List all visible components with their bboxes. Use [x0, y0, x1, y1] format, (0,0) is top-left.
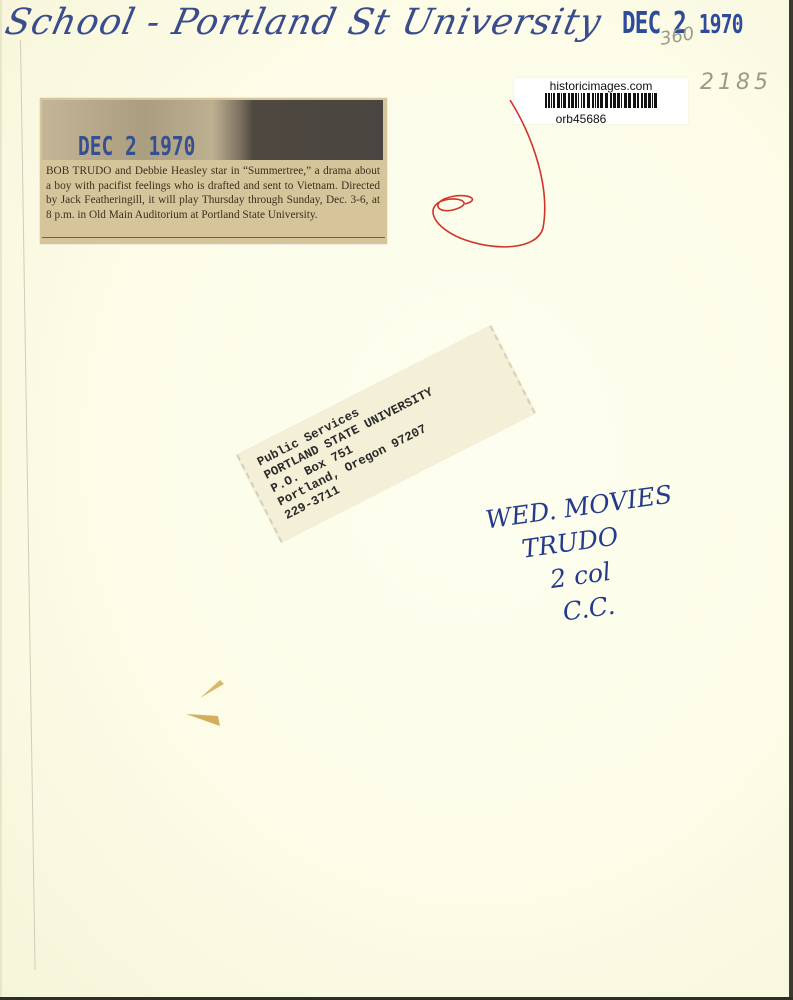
- clipping-caption: BOB TRUDO and Debbie Heasley star in “Su…: [46, 164, 380, 222]
- pencil-note-2185: 2185: [700, 70, 772, 95]
- handwritten-notes: WED. MOVIES TRUDO 2 col C.C.: [483, 478, 688, 639]
- barcode-icon: [545, 93, 657, 108]
- clipping-rule: [42, 237, 385, 238]
- sheet-left-edge: [0, 0, 2, 1000]
- red-pencil-loop-mark: [425, 100, 555, 255]
- date-stamp-year: 1970: [699, 10, 743, 40]
- clipping-date-stamp: DEC 2 1970: [78, 132, 195, 162]
- tack-mark-icon: [180, 670, 235, 730]
- newspaper-clipping: DEC 2 1970 BOB TRUDO and Debbie Heasley …: [40, 98, 387, 244]
- barcode-site: historicimages.com: [514, 80, 688, 93]
- handwritten-header: School - Portland St University: [2, 2, 606, 43]
- sheet-right-edge: [789, 0, 793, 1000]
